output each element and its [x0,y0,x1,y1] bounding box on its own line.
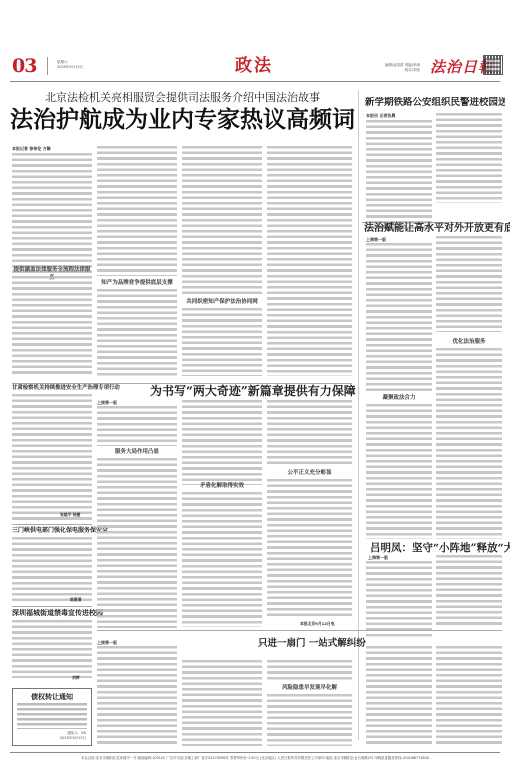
lead-byline: 本报记者 徐伟伦 万静 [12,146,51,152]
right-mid-headline: 法治赋能让高水平对外开放更有底气 [364,222,510,236]
middle-end-note: 本报北京9月12日电 [300,621,335,627]
middle-subhead-3: 公平正义充分彰显 [267,469,352,477]
masthead-rule [10,81,500,82]
middle-column-1 [97,406,177,446]
lead-column-2b [97,289,177,377]
bottom-subhead: 风险隐患早发现早化解 [267,684,352,692]
right-mid-column-2b [436,348,502,539]
bottom-headline: 只进一扇门 一站式解纠纷 [258,637,366,651]
middle-column-1b [97,458,177,628]
right-mid-column-1 [366,243,432,393]
lead-subhead-2: 知产为品牌竞争提供底层支撑 [97,279,177,287]
right-mid-subhead-2: 凝聚政法合力 [366,394,432,402]
newspaper-page: 03 星期六 2025年9月13日 政法 编辑/孟绍群 美编/李涛 校对/刘莹 … [0,0,510,774]
left-story-3-headline: 深圳福城街道禁毒宣传进校园 [12,608,92,618]
middle-column-3b [267,479,352,619]
editors-credit: 编辑/孟绍群 美编/李涛 校对/刘莹 [385,63,420,73]
middle-column-2b [182,492,262,627]
left-story-3-body [12,620,92,678]
right-bottom-headline: 吕明凤：坚守“小阵地”释放“大能量” [370,541,510,555]
imprint-footer: 本社社址:北京市朝阳区花家地甲一号 邮政编码:100102 广告许可证:京朝工商… [10,755,500,760]
section-rule [12,606,92,607]
right-top-column-1 [366,120,432,232]
lead-headline: 法治护航成为业内专家热议高频词 [10,105,355,135]
notice-body [17,703,87,729]
middle-column-3 [267,400,352,465]
lead-column-4 [267,146,352,376]
notice-title: 债权转让通知 [13,692,91,702]
middle-headline: 为书写“两大奇迹”新篇章提供有力保障 [150,384,356,398]
legal-notice-box: 债权转让通知 通知人：XX 2025年9月13日 [12,688,92,746]
right-bottom-column-1 [366,561,432,637]
left-story-1-body [12,394,92,520]
right-mid-column-1b [366,404,432,539]
section-title: 政法 [235,55,273,77]
right-mid-subhead-1: 优化法治服务 [436,338,502,346]
middle-subhead-2: 矛盾化解取得实效 [182,482,262,490]
footer-rule [10,752,500,753]
right-top-headline: 新学期铁路公安组织民警进校园送安全6500场次 [365,97,505,109]
left-story-1-author: 张越平 杨捷 [60,512,80,518]
bottom-column-4 [366,646,432,746]
bottom-column-5 [436,646,502,746]
lead-subhead-3: 共同织密知产保护法治协同网 [182,298,262,306]
lead-column-1 [12,153,92,275]
bottom-column-3b [267,694,352,746]
middle-column-2 [182,400,262,485]
page-number: 03 [12,55,36,77]
left-story-3-author: 刘婷 [72,675,80,681]
proofreader-line: 校对/刘莹 [385,68,420,73]
middle-subhead-1: 服务大局作用凸显 [97,448,177,456]
left-story-1-headline: 甘肃检察机关持续推进安全生产治理专项行动 [12,383,92,393]
bottom-column-2 [182,660,262,746]
lead-column-3b [182,308,262,376]
left-story-2-author: 陈燕清 [70,597,81,603]
section-rule [97,630,502,631]
notice-signature: 通知人：XX 2025年9月13日 [60,731,86,741]
lead-kicker: 北京法检机关亮相服贸会提供司法服务介绍中国法治故事 [10,89,355,105]
divider [47,57,48,75]
right-bottom-column-2 [436,555,502,625]
right-top-column-2 [436,113,502,203]
lead-column-1b [12,276,92,376]
bottom-column-3 [267,660,352,682]
notice-date: 2025年9月13日 [60,736,86,741]
section-rule [12,524,92,525]
lead-column-3 [182,146,262,296]
right-mid-column-2 [436,236,502,332]
issue-date: 星期六 2025年9月13日 [57,60,83,70]
right-top-byline: 本报讯 记者张晨 [366,113,395,119]
lead-column-2 [97,146,177,276]
left-story-2-body [12,537,92,601]
bottom-column-1 [97,646,177,746]
qr-code-icon [483,55,503,75]
masthead: 03 星期六 2025年9月13日 政法 编辑/孟绍群 美编/李涛 校对/刘莹 … [10,55,500,77]
left-story-2-headline: 三门峡供电部门强化保电服务保安全 [12,526,92,536]
date: 2025年9月13日 [57,65,83,70]
